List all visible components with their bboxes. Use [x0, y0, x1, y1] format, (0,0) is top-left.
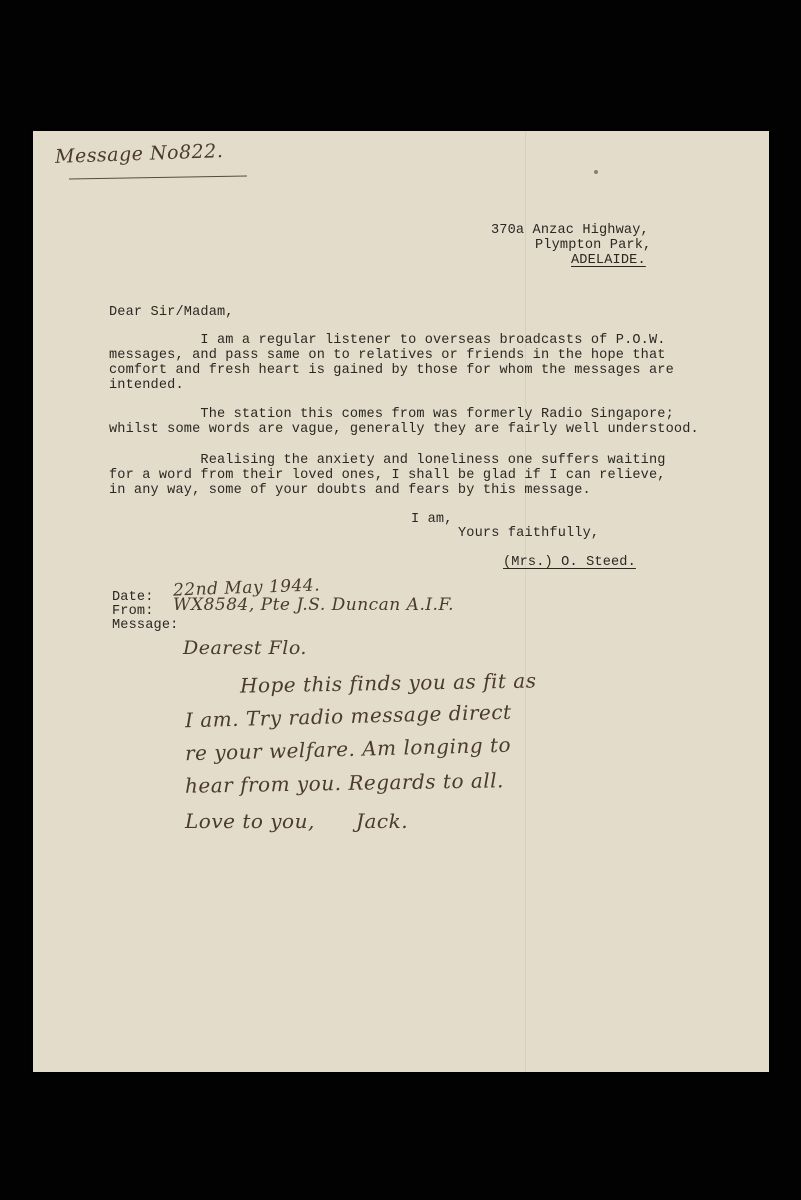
sender-address-city: ADELAIDE. — [571, 253, 646, 268]
sender-address-line1: 370a Anzac Highway, — [491, 223, 649, 238]
handwritten-greeting: Dearest Flo. — [183, 637, 307, 659]
closing-i-am: I am, — [411, 512, 453, 527]
handwritten-line: I am. Try radio message direct — [185, 700, 512, 733]
message-label: Message: — [112, 618, 178, 633]
paragraph-line: comfort and fresh heart is gained by tho… — [109, 363, 674, 378]
closing-signature: (Mrs.) O. Steed. — [503, 555, 636, 570]
salutation: Dear Sir/Madam, — [109, 305, 234, 320]
letter-page: Message No822. 370a Anzac Highway, Plymp… — [33, 131, 769, 1072]
paragraph-line: whilst some words are vague, generally t… — [109, 422, 699, 437]
closing-yours-faithfully: Yours faithfully, — [458, 526, 599, 541]
handwritten-line: Hope this finds you as fit as — [240, 668, 537, 697]
paragraph-line: I am a regular listener to overseas broa… — [109, 333, 666, 348]
handwritten-signoff: Love to you, Jack. — [185, 809, 408, 833]
paper-fold — [525, 131, 526, 1072]
handwritten-line: hear from you. Regards to all. — [185, 768, 504, 798]
from-value: WX8584, Pte J.S. Duncan A.I.F. — [173, 595, 454, 615]
paper-speck — [594, 170, 598, 174]
message-number-annotation: Message No822. — [55, 140, 224, 168]
date-label: Date: — [112, 590, 154, 605]
sender-address-line2: Plympton Park, — [535, 238, 651, 253]
annotation-underline — [69, 175, 247, 179]
paragraph-line: messages, and pass same on to relatives … — [109, 348, 666, 363]
paragraph-line: Realising the anxiety and loneliness one… — [109, 453, 666, 468]
paragraph-line: The station this comes from was formerly… — [109, 407, 674, 422]
handwritten-line: re your welfare. Am longing to — [185, 733, 512, 766]
paragraph-line: in any way, some of your doubts and fear… — [109, 483, 591, 498]
paragraph-line: intended. — [109, 378, 184, 393]
from-label: From: — [112, 604, 154, 619]
paragraph-line: for a word from their loved ones, I shal… — [109, 468, 666, 483]
